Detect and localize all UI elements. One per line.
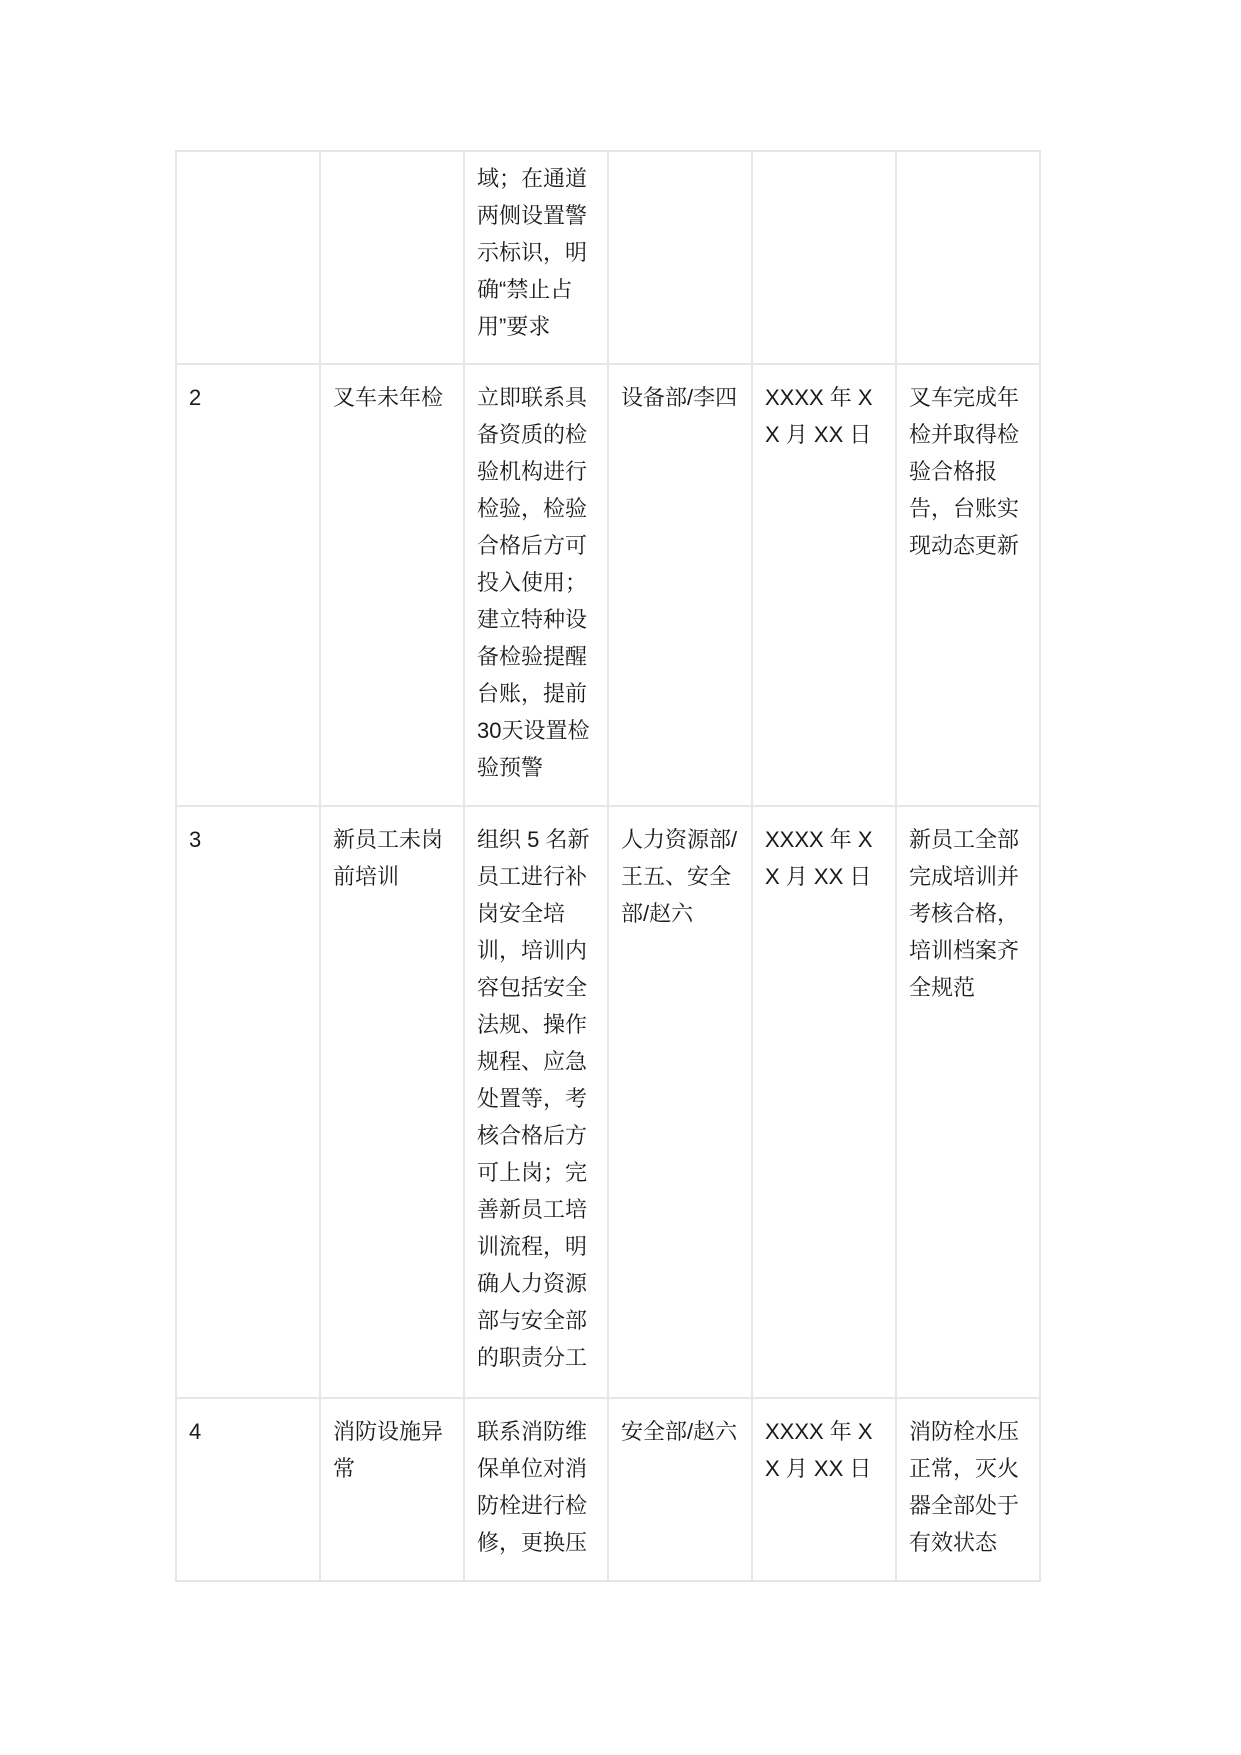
issue-text: 消防设施异常 xyxy=(333,1413,451,1487)
cell-deadline: XXXX 年 XX 月 XX 日 xyxy=(752,806,896,1398)
cell-result: 消防栓水压正常，灭火器全部处于有效状态 xyxy=(896,1398,1040,1581)
rectification-table-container: 域；在通道两侧设置警示标识，明确“禁止占用”要求 2 叉车未年检 立即联系具备资… xyxy=(175,150,1041,1582)
owner-text: 安全部/赵六 xyxy=(621,1413,739,1450)
cell-measure: 联系消防维保单位对消防栓进行检修，更换压 xyxy=(464,1398,608,1581)
result-text: 新员工全部完成培训并考核合格，培训档案齐全规范 xyxy=(909,821,1027,1006)
cell-deadline xyxy=(752,151,896,364)
cell-measure: 组织 5 名新员工进行补岗安全培训，培训内容包括安全法规、操作规程、应急处置等，… xyxy=(464,806,608,1398)
table-row: 2 叉车未年检 立即联系具备资质的检验机构进行检验，检验合格后方可投入使用；建立… xyxy=(176,364,1040,806)
measure-text: 组织 5 名新员工进行补岗安全培训，培训内容包括安全法规、操作规程、应急处置等，… xyxy=(477,821,595,1376)
issue-text: 叉车未年检 xyxy=(333,379,451,416)
cell-no xyxy=(176,151,320,364)
row-number: 4 xyxy=(189,1413,307,1450)
cell-result: 新员工全部完成培训并考核合格，培训档案齐全规范 xyxy=(896,806,1040,1398)
deadline-text: XXXX 年 XX 月 XX 日 xyxy=(765,1413,883,1487)
table-row: 3 新员工未岗前培训 组织 5 名新员工进行补岗安全培训，培训内容包括安全法规、… xyxy=(176,806,1040,1398)
row-number: 2 xyxy=(189,379,307,416)
cell-owner: 安全部/赵六 xyxy=(608,1398,752,1581)
deadline-text: XXXX 年 XX 月 XX 日 xyxy=(765,379,883,453)
cell-result: 叉车完成年检并取得检验合格报告，台账实现动态更新 xyxy=(896,364,1040,806)
cell-no: 3 xyxy=(176,806,320,1398)
cell-owner: 人力资源部/王五、安全部/赵六 xyxy=(608,806,752,1398)
owner-text: 设备部/李四 xyxy=(621,379,739,416)
measure-text: 联系消防维保单位对消防栓进行检修，更换压 xyxy=(477,1413,595,1561)
cell-issue xyxy=(320,151,464,364)
cell-issue: 叉车未年检 xyxy=(320,364,464,806)
cell-no: 4 xyxy=(176,1398,320,1581)
cell-issue: 消防设施异常 xyxy=(320,1398,464,1581)
result-text: 消防栓水压正常，灭火器全部处于有效状态 xyxy=(909,1413,1027,1561)
cell-measure: 域；在通道两侧设置警示标识，明确“禁止占用”要求 xyxy=(464,151,608,364)
cell-owner: 设备部/李四 xyxy=(608,364,752,806)
measure-text: 立即联系具备资质的检验机构进行检验，检验合格后方可投入使用；建立特种设备检验提醒… xyxy=(477,379,595,786)
cell-no: 2 xyxy=(176,364,320,806)
cell-measure: 立即联系具备资质的检验机构进行检验，检验合格后方可投入使用；建立特种设备检验提醒… xyxy=(464,364,608,806)
cell-owner xyxy=(608,151,752,364)
owner-text: 人力资源部/王五、安全部/赵六 xyxy=(621,821,739,932)
rectification-table: 域；在通道两侧设置警示标识，明确“禁止占用”要求 2 叉车未年检 立即联系具备资… xyxy=(175,150,1041,1582)
issue-text: 新员工未岗前培训 xyxy=(333,821,451,895)
cell-deadline: XXXX 年 XX 月 XX 日 xyxy=(752,1398,896,1581)
row-number: 3 xyxy=(189,821,307,858)
cell-result xyxy=(896,151,1040,364)
cell-deadline: XXXX 年 XX 月 XX 日 xyxy=(752,364,896,806)
deadline-text: XXXX 年 XX 月 XX 日 xyxy=(765,821,883,895)
measure-text: 域；在通道两侧设置警示标识，明确“禁止占用”要求 xyxy=(477,160,595,345)
table-row: 4 消防设施异常 联系消防维保单位对消防栓进行检修，更换压 安全部/赵六 XXX… xyxy=(176,1398,1040,1581)
cell-issue: 新员工未岗前培训 xyxy=(320,806,464,1398)
table-row: 域；在通道两侧设置警示标识，明确“禁止占用”要求 xyxy=(176,151,1040,364)
result-text: 叉车完成年检并取得检验合格报告，台账实现动态更新 xyxy=(909,379,1027,564)
